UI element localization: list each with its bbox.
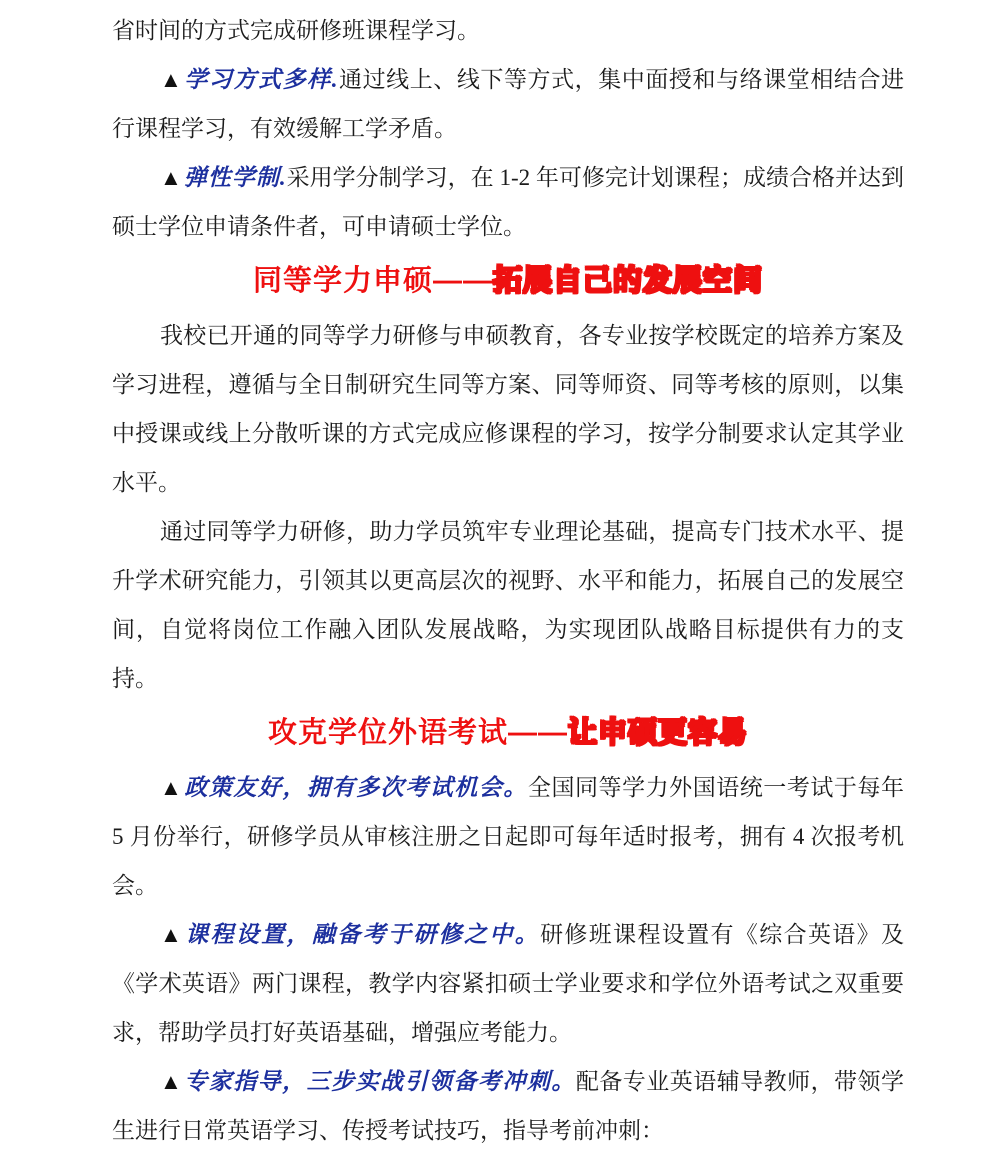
body-paragraph: 我校已开通的同等学力研修与申硕教育，各专业按学校既定的培养方案及学习进程，遵循与… (112, 311, 904, 507)
bullet-paragraph: ▲弹性学制.采用学分制学习，在 1-2 年可修完计划课程；成绩合格并达到硕士学位… (112, 153, 904, 251)
paragraph-text: 省时间的方式完成研修班课程学习。 (112, 18, 480, 43)
bullet-lead-text: 专家指导，三步实战引领备考冲刺。 (184, 1069, 576, 1094)
bullet-lead-text: 课程设置，融备考于研修之中。 (185, 922, 540, 947)
bullet-lead-text: 弹性学制. (184, 165, 287, 190)
triangle-bullet-icon: ▲ (160, 1069, 182, 1094)
bullet-lead-text: 政策友好，拥有多次考试机会。 (184, 775, 528, 800)
bullet-paragraph: ▲学习方式多样.通过线上、线下等方式，集中面授和与络课堂相结合进行课程学习，有效… (112, 55, 904, 153)
triangle-bullet-icon: ▲ (160, 165, 182, 190)
triangle-bullet-icon: ▲ (160, 922, 183, 947)
bullet-paragraph: ▲政策友好，拥有多次考试机会。全国同等学力外国语统一考试于每年 5 月份举行，研… (112, 763, 904, 910)
triangle-bullet-icon: ▲ (160, 67, 182, 92)
document-page: 省时间的方式完成研修班课程学习。▲学习方式多样.通过线上、线下等方式，集中面授和… (0, 0, 1000, 1167)
section-heading: 攻克学位外语考试——让申硕更容易 (112, 707, 904, 759)
heading-solid-text: 攻克学位外语考试—— (268, 717, 568, 749)
bullet-paragraph: ▲课程设置，融备考于研修之中。研修班课程设置有《综合英语》及《学术英语》两门课程… (112, 910, 904, 1057)
paragraph-text: 我校已开通的同等学力研修与申硕教育，各专业按学校既定的培养方案及学习进程，遵循与… (112, 323, 904, 495)
heading-outline-text: 让申硕更容易 (568, 717, 748, 749)
section-heading: 同等学力申硕——拓展自己的发展空间 (112, 255, 904, 307)
bullet-lead-text: 学习方式多样. (184, 67, 338, 92)
body-paragraph: 通过同等学力研修，助力学员筑牢专业理论基础，提高专门技术水平、提升学术研究能力，… (112, 507, 904, 703)
bullet-paragraph: ▲专家指导，三步实战引领备考冲刺。配备专业英语辅导教师，带领学生进行日常英语学习… (112, 1057, 904, 1155)
paragraph-text: 通过同等学力研修，助力学员筑牢专业理论基础，提高专门技术水平、提升学术研究能力，… (112, 519, 904, 691)
body-paragraph: 省时间的方式完成研修班课程学习。 (112, 6, 904, 55)
heading-solid-text: 同等学力申硕—— (253, 265, 493, 297)
triangle-bullet-icon: ▲ (160, 775, 182, 800)
heading-outline-text: 拓展自己的发展空间 (493, 265, 763, 297)
